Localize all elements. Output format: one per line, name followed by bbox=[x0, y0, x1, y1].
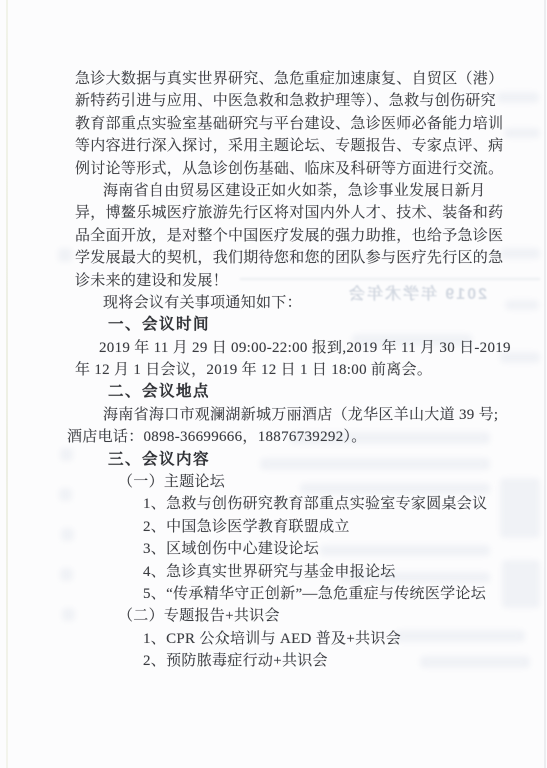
bleedthrough-smudge bbox=[59, 488, 72, 501]
doc-line: 例讨论等形式，从急诊创伤基础、临床及科研等方面进行交流。 bbox=[75, 158, 505, 180]
meeting-venue-line: 海南省海口市观澜湖新城万丽酒店（龙华区羊山大道 39 号; bbox=[103, 404, 505, 426]
forum-item: 5、“传承精华守正创新”—急危重症与传统医学论坛 bbox=[143, 583, 505, 605]
bleedthrough-smudge bbox=[505, 300, 539, 310]
bleedthrough-smudge bbox=[60, 448, 73, 461]
doc-line: 诊未来的建设和发展！ bbox=[75, 270, 505, 292]
forum-item: 4、急诊真实世界研究与基金申报论坛 bbox=[143, 561, 505, 583]
bleedthrough-smudge bbox=[58, 248, 72, 262]
report-item: 2、预防脓毒症行动+共识会 bbox=[143, 650, 505, 672]
doc-line: 教育部重点实验室基础研究与平台建设、急诊医师必备能力培训 bbox=[75, 113, 505, 135]
bleedthrough-smudge bbox=[62, 608, 75, 621]
doc-line: 新特药引进与应用、中医急救和急救护理等）、急救与创伤研究 bbox=[75, 90, 505, 112]
bleedthrough-smudge bbox=[60, 568, 73, 581]
bleedthrough-smudge bbox=[500, 248, 540, 259]
subsection-theme-forum: （一）主题论坛 bbox=[118, 471, 505, 493]
document-body: 急诊大数据与真实世界研究、急危重症加速康复、自贸区（港） 新特药引进与应用、中医… bbox=[75, 68, 505, 673]
forum-item: 2、中国急诊医学教育联盟成立 bbox=[143, 516, 505, 538]
meeting-venue-phone-line: 酒店电话：0898-36699666，18876739292）。 bbox=[67, 426, 505, 448]
section-heading-meeting-venue: 二、会议地点 bbox=[108, 381, 505, 403]
doc-line: 异，博鳌乐城医疗旅游先行区将对国内外人才、技术、装备和药 bbox=[75, 202, 505, 224]
bleedthrough-smudge bbox=[502, 560, 540, 608]
bleedthrough-smudge bbox=[500, 478, 540, 538]
subsection-special-reports: （二）专题报告+共识会 bbox=[118, 605, 505, 627]
scanned-document-page: 2019 年学术年会 急诊大数据与真实世界研究、急危重症加速康复、自贸区（港） … bbox=[0, 0, 547, 768]
doc-line: 现将会议有关事项通知如下： bbox=[103, 292, 505, 314]
forum-item: 1、急救与创伤研究教育部重点实验室专家圆桌会议 bbox=[143, 493, 505, 515]
meeting-time-line: 年 12 月 1 日会议，2019 年 12 日 1 日 18:00 前离会。 bbox=[75, 359, 505, 381]
doc-line: 海南省自由贸易区建设正如火如荼，急诊事业发展日新月 bbox=[103, 180, 505, 202]
section-heading-meeting-time: 一、会议时间 bbox=[108, 314, 505, 336]
meeting-time-line: 2019 年 11 月 29 日 09:00-22:00 报到,2019 年 1… bbox=[99, 337, 505, 359]
doc-line: 品全面开放，是对整个中国医疗发展的强力助推，也给予急诊医 bbox=[75, 225, 505, 247]
forum-item: 3、区域创伤中心建设论坛 bbox=[143, 538, 505, 560]
scan-left-edge bbox=[6, 0, 8, 768]
section-heading-meeting-content: 三、会议内容 bbox=[108, 449, 505, 471]
doc-line: 等内容进行深入探讨，采用主题论坛、专题报告、专家点评、病 bbox=[75, 135, 505, 157]
doc-line: 学发展最大的契机，我们期待您和您的团队参与医疗先行区的急 bbox=[75, 247, 505, 269]
doc-line: 急诊大数据与真实世界研究、急危重症加速康复、自贸区（港） bbox=[75, 68, 505, 90]
report-item: 1、CPR 公众培训与 AED 普及+共识会 bbox=[143, 628, 505, 650]
scan-right-edge bbox=[544, 0, 546, 768]
bleedthrough-smudge bbox=[504, 128, 540, 138]
bleedthrough-smudge bbox=[61, 528, 74, 541]
